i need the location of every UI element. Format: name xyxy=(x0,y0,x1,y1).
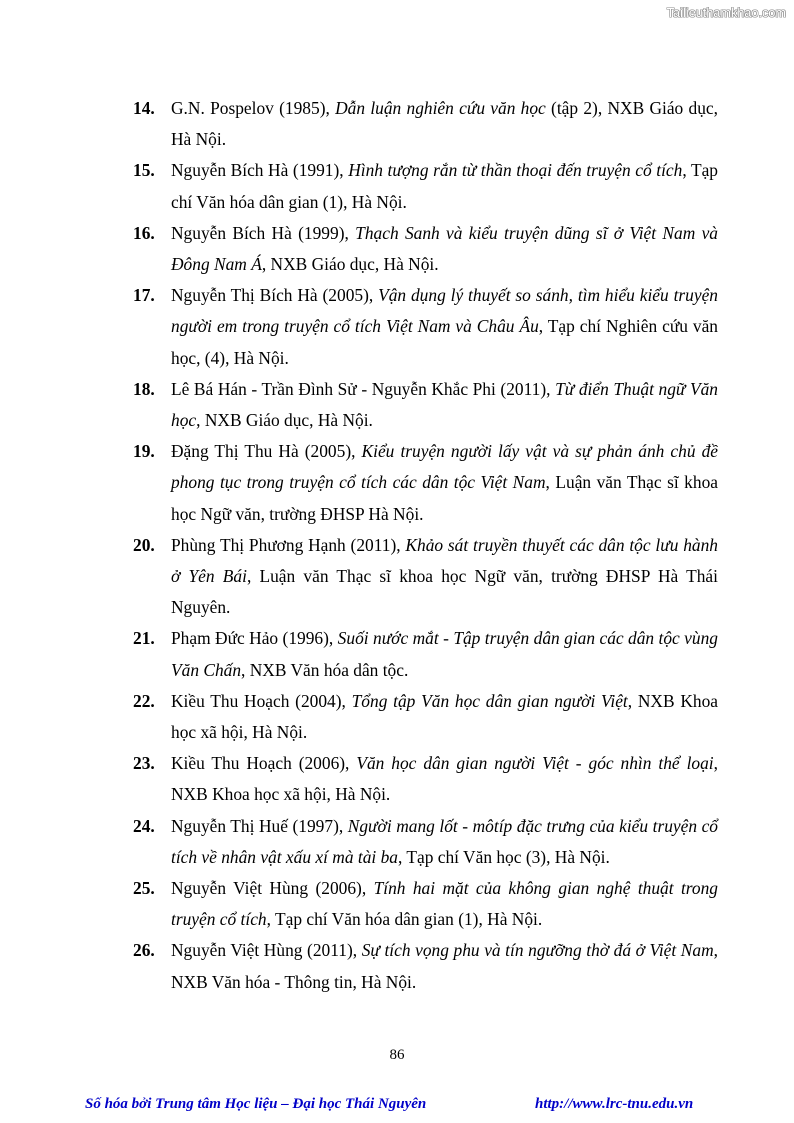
reference-number: 17. xyxy=(133,280,155,311)
reference-number: 15. xyxy=(133,155,155,186)
reference-number: 20. xyxy=(133,530,155,561)
reference-author: Nguyễn Việt Hùng (2006), xyxy=(171,878,374,898)
reference-number: 14. xyxy=(133,93,155,124)
reference-item: 16.Nguyễn Bích Hà (1999), Thạch Sanh và … xyxy=(133,218,718,280)
reference-publisher: , NXB Giáo dục, Hà Nội. xyxy=(196,410,373,430)
reference-number: 16. xyxy=(133,218,155,249)
reference-number: 19. xyxy=(133,436,155,467)
reference-item: 18.Lê Bá Hán - Trần Đình Sử - Nguyễn Khắ… xyxy=(133,374,718,436)
reference-title: Hình tượng rắn từ thần thoại đến truyện … xyxy=(348,160,682,180)
reference-number: 22. xyxy=(133,686,155,717)
reference-item: 17.Nguyễn Thị Bích Hà (2005), Vận dụng l… xyxy=(133,280,718,374)
reference-item: 21.Phạm Đức Hảo (1996), Suối nước mắt - … xyxy=(133,623,718,685)
reference-author: Nguyễn Bích Hà (1999), xyxy=(171,223,355,243)
reference-author: Đặng Thị Thu Hà (2005), xyxy=(171,441,362,461)
reference-publisher: , NXB Văn hóa dân tộc. xyxy=(241,660,408,680)
reference-publisher: , NXB Giáo dục, Hà Nội. xyxy=(262,254,439,274)
reference-author: Lê Bá Hán - Trần Đình Sử - Nguyễn Khắc P… xyxy=(171,379,555,399)
reference-publisher: , Tạp chí Văn hóa dân gian (1), Hà Nội. xyxy=(267,909,543,929)
reference-title: Văn học dân gian người Việt - góc nhìn t… xyxy=(356,753,713,773)
reference-author: Phạm Đức Hảo (1996), xyxy=(171,628,338,648)
reference-list: 14.G.N. Pospelov (1985), Dẫn luận nghiên… xyxy=(133,93,718,998)
reference-number: 26. xyxy=(133,935,155,966)
reference-item: 25.Nguyễn Việt Hùng (2006), Tính hai mặt… xyxy=(133,873,718,935)
reference-item: 24.Nguyễn Thị Huế (1997), Người mang lốt… xyxy=(133,811,718,873)
reference-item: 15.Nguyễn Bích Hà (1991), Hình tượng rắn… xyxy=(133,155,718,217)
reference-number: 23. xyxy=(133,748,155,779)
reference-publisher: , Luận văn Thạc sĩ khoa học Ngữ văn, trư… xyxy=(171,566,718,617)
reference-item: 22.Kiều Thu Hoạch (2004), Tổng tập Văn h… xyxy=(133,686,718,748)
reference-author: Nguyễn Bích Hà (1991), xyxy=(171,160,348,180)
reference-item: 26.Nguyễn Việt Hùng (2011), Sự tích vọng… xyxy=(133,935,718,997)
watermark: Tailieuthamkhao.com xyxy=(667,6,786,20)
reference-item: 23.Kiều Thu Hoạch (2006), Văn học dân gi… xyxy=(133,748,718,810)
reference-author: Nguyễn Thị Bích Hà (2005), xyxy=(171,285,378,305)
reference-number: 21. xyxy=(133,623,155,654)
reference-title: Tổng tập Văn học dân gian người Việt xyxy=(352,691,628,711)
reference-number: 24. xyxy=(133,811,155,842)
reference-author: Kiều Thu Hoạch (2006), xyxy=(171,753,356,773)
reference-item: 19.Đặng Thị Thu Hà (2005), Kiểu truyện n… xyxy=(133,436,718,530)
reference-title: Dẫn luận nghiên cứu văn học xyxy=(335,98,546,118)
reference-author: Nguyễn Thị Huế (1997), xyxy=(171,816,348,836)
reference-number: 18. xyxy=(133,374,155,405)
reference-publisher: , Tạp chí Văn học (3), Hà Nội. xyxy=(398,847,610,867)
reference-author: Nguyễn Việt Hùng (2011), xyxy=(171,940,362,960)
reference-title: Sự tích vọng phu và tín ngưỡng thờ đá ở … xyxy=(362,940,714,960)
reference-number: 25. xyxy=(133,873,155,904)
reference-item: 14.G.N. Pospelov (1985), Dẫn luận nghiên… xyxy=(133,93,718,155)
reference-author: Kiều Thu Hoạch (2004), xyxy=(171,691,352,711)
reference-author: Phùng Thị Phương Hạnh (2011), xyxy=(171,535,405,555)
footer-url-link[interactable]: http://www.lrc-tnu.edu.vn xyxy=(535,1096,693,1113)
reference-item: 20.Phùng Thị Phương Hạnh (2011), Khảo sá… xyxy=(133,530,718,624)
page-number: 86 xyxy=(0,1047,794,1064)
footer-digitized-by: Số hóa bởi Trung tâm Học liệu – Đại học … xyxy=(85,1096,426,1113)
reference-author: G.N. Pospelov (1985), xyxy=(171,98,335,118)
